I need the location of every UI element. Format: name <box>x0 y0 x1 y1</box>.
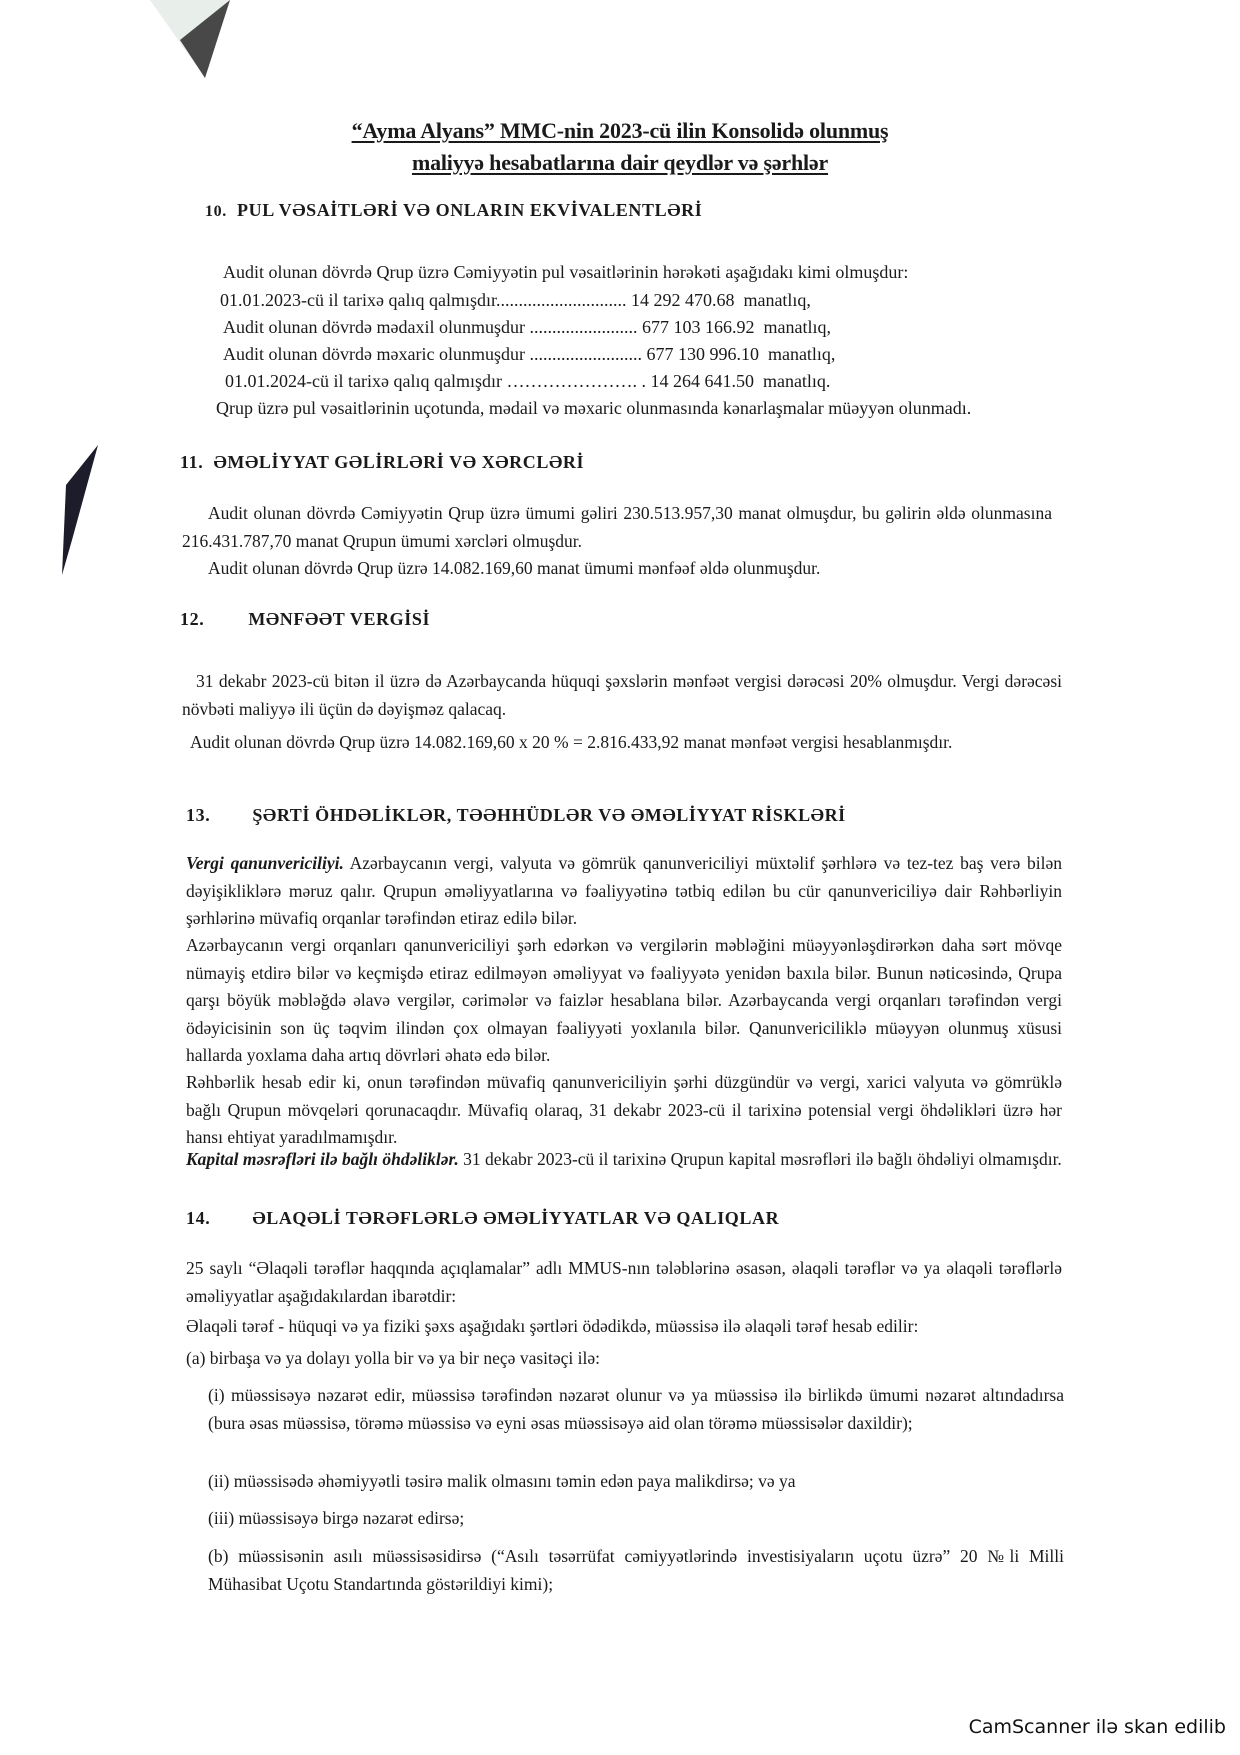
section-14-item-i: (i) müəssisəyə nəzarət edir, müəssisə tə… <box>208 1382 1064 1437</box>
paragraph-text: 31 dekabr 2023-cü il tarixinə Qrupun kap… <box>459 1149 1062 1169</box>
section-14-item-iii: (iii) müəssisəyə birgə nəzarət edirsə; <box>208 1505 1064 1533</box>
document-title-line-2: maliyyə hesabatlarına dair qeydlər və şə… <box>0 150 1240 176</box>
cash-row-opening: 01.01.2023-cü il tarixə qalıq qalmışdır.… <box>220 290 811 311</box>
section-11-paragraph-1: Audit olunan dövrdə Cəmiyyətin Qrup üzrə… <box>182 500 1052 555</box>
section-14-item-ii: (ii) müəssisədə əhəmiyyətli təsirə malik… <box>208 1468 1064 1496</box>
section-10-intro: Audit olunan dövrdə Qrup üzrə Cəmiyyətin… <box>223 262 908 283</box>
section-number: 12. <box>180 609 204 629</box>
row-label: 01.01.2024-cü il tarixə qalıq qalmışdır … <box>225 371 646 391</box>
section-title: ƏMƏLİYYAT GƏLİRLƏRİ VƏ XƏRCLƏRİ <box>214 452 585 472</box>
section-11-heading: 11. ƏMƏLİYYAT GƏLİRLƏRİ VƏ XƏRCLƏRİ <box>180 452 584 473</box>
cash-row-inflow: Audit olunan dövrdə mədaxil olunmuşdur .… <box>223 317 831 338</box>
document-title-line-1: “Ayma Alyans” MMC-nin 2023-cü ilin Konso… <box>0 118 1240 144</box>
row-unit: manatlıq, <box>743 290 810 310</box>
row-amount: 677 103 166.92 <box>642 317 755 337</box>
section-title: MƏNFƏƏT VERGİSİ <box>248 609 430 629</box>
section-12-paragraph-2: Audit olunan dövrdə Qrup üzrə 14.082.169… <box>190 729 1070 757</box>
section-14-heading: 14.ƏLAQƏLİ TƏRƏFLƏRLƏ ƏMƏLİYYATLAR VƏ QA… <box>186 1208 779 1229</box>
cash-row-closing: 01.01.2024-cü il tarixə qalıq qalmışdır … <box>225 371 830 392</box>
scanned-page: “Ayma Alyans” MMC-nin 2023-cü ilin Konso… <box>0 0 1240 1755</box>
paragraph-lead: Vergi qanunvericiliyi. <box>186 853 344 873</box>
row-unit: manatlıq, <box>768 344 835 364</box>
section-13-paragraph-tax-legislation: Vergi qanunvericiliyi. Azərbaycanın verg… <box>186 850 1062 933</box>
row-amount: 14 264 641.50 <box>650 371 754 391</box>
section-title: PUL VƏSAİTLƏRİ VƏ ONLARIN EKVİVALENTLƏRİ <box>237 200 702 220</box>
scan-corner-fold-artifact <box>150 0 250 90</box>
section-14-paragraph-2: Əlaqəli tərəf - hüquqi və ya fiziki şəxs… <box>186 1313 1066 1341</box>
section-14-paragraph-1: 25 saylı “Əlaqəli tərəflər haqqında açıq… <box>186 1255 1062 1310</box>
section-14-item-b: (b) müəssisənin asılı müəssisəsidirsə (“… <box>208 1543 1064 1598</box>
row-amount: 14 292 470.68 <box>631 290 735 310</box>
row-label: Audit olunan dövrdə mədaxil olunmuşdur .… <box>223 317 637 337</box>
section-13-paragraph-tax-authorities: Azərbaycanın vergi orqanları qanunverici… <box>186 932 1062 1070</box>
scan-edge-artifact <box>62 440 102 580</box>
camscanner-watermark: CamScanner ilə skan edilib <box>969 1716 1226 1738</box>
row-unit: manatlıq, <box>763 317 830 337</box>
section-number: 14. <box>186 1208 210 1228</box>
section-13-paragraph-capital-commitments: Kapital məsrəfləri ilə bağlı öhdəliklər.… <box>186 1146 1062 1174</box>
section-10-heading: 10. PUL VƏSAİTLƏRİ VƏ ONLARIN EKVİVALENT… <box>205 200 702 221</box>
row-label: Audit olunan dövrdə məxaric olunmuşdur .… <box>223 344 642 364</box>
section-10-closing: Qrup üzrə pul vəsaitlərinin uçotunda, mə… <box>216 398 971 419</box>
row-amount: 677 130 996.10 <box>646 344 759 364</box>
section-12-paragraph-1: 31 dekabr 2023-cü bitən il üzrə də Azərb… <box>182 668 1062 723</box>
cash-row-outflow: Audit olunan dövrdə məxaric olunmuşdur .… <box>223 344 835 365</box>
section-title: ŞƏRTİ ÖHDƏLİKLƏR, TƏƏHHÜDLƏR VƏ ƏMƏLİYYA… <box>252 805 845 825</box>
section-13-paragraph-management: Rəhbərlik hesab edir ki, onun tərəfindən… <box>186 1069 1062 1152</box>
row-label: 01.01.2023-cü il tarixə qalıq qalmışdır.… <box>220 290 626 310</box>
section-13-heading: 13.ŞƏRTİ ÖHDƏLİKLƏR, TƏƏHHÜDLƏR VƏ ƏMƏLİ… <box>186 805 846 826</box>
section-12-heading: 12.MƏNFƏƏT VERGİSİ <box>180 609 430 630</box>
section-number: 11. <box>180 452 203 472</box>
paragraph-lead: Kapital məsrəfləri ilə bağlı öhdəliklər. <box>186 1149 459 1169</box>
row-unit: manatlıq. <box>763 371 830 391</box>
section-number: 10. <box>205 203 227 220</box>
section-14-item-a: (a) birbaşa və ya dolayı yolla bir və ya… <box>186 1345 1066 1373</box>
section-title: ƏLAQƏLİ TƏRƏFLƏRLƏ ƏMƏLİYYATLAR VƏ QALIQ… <box>252 1208 779 1228</box>
section-number: 13. <box>186 805 210 825</box>
section-11-paragraph-2: Audit olunan dövrdə Qrup üzrə 14.082.169… <box>208 555 1068 583</box>
